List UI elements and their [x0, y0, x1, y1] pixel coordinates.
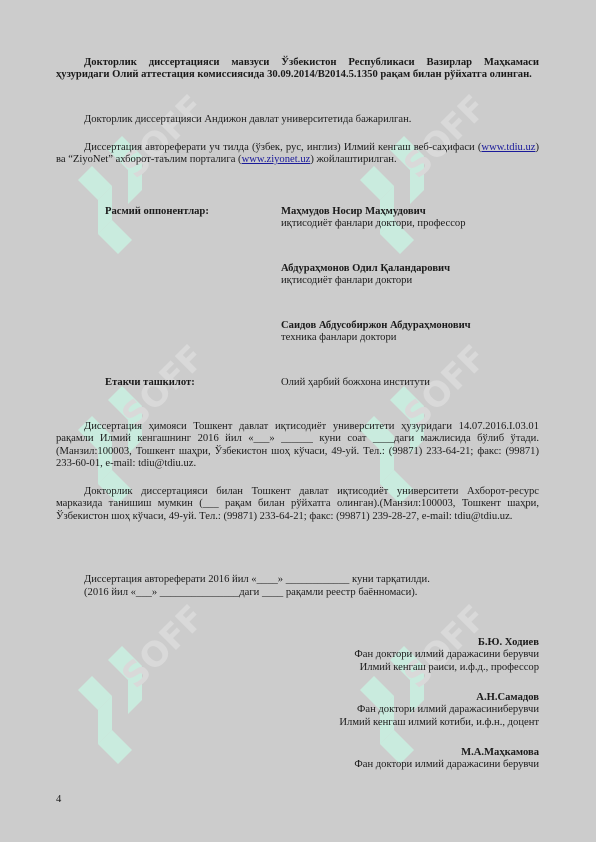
abstract-posted-text: ) жойлаштирилган.: [310, 154, 396, 165]
page-number: 4: [56, 794, 61, 806]
opponent-title: иқтисодиёт фанлари доктори, профессор: [281, 218, 466, 230]
abstract-posted-text: Диссертация автореферати уч тилда (ўзбек…: [84, 142, 481, 153]
opponent-entry: Абдураҳмонов Одил Қаландарович иқтисодиё…: [281, 263, 450, 288]
opponent-entry: Саидов Абдусобиржон Абдураҳмонович техни…: [281, 320, 471, 345]
signature-block: А.Н.Самадов Фан доктори илмий даражасини…: [219, 692, 539, 729]
signature-block: М.А.Маҳкамова Фан доктори илмий даражаси…: [219, 747, 539, 772]
leading-org-label: Етакчи ташкилот:: [105, 377, 195, 389]
opponent-name: Маҳмудов Носир Маҳмудович: [281, 206, 466, 218]
performed-at: Докторлик диссертацияси Андижон давлат у…: [56, 114, 539, 126]
opponent-title: техника фанлари доктори: [281, 332, 471, 344]
opponent-name: Саидов Абдусобиржон Абдураҳмонович: [281, 320, 471, 332]
distribution-line-1: Диссертация автореферати 2016 йил «____»…: [84, 574, 430, 586]
opponent-entry: Маҳмудов Носир Маҳмудович иқтисодиёт фан…: [281, 206, 466, 231]
signatory-role: Илмий кенгаш илмий котиби, и.ф.н., доцен…: [219, 717, 539, 729]
opponent-title: иқтисодиёт фанлари доктори: [281, 275, 450, 287]
defense-paragraph: Диссертация ҳимояси Тошкент давлат иқтис…: [56, 421, 539, 470]
signature-block: Б.Ю. Ходиев Фан доктори илмий даражасини…: [219, 637, 539, 674]
signatory-role: Фан доктори илмий даражасини берувчи: [219, 649, 539, 661]
leading-org-value: Олий ҳарбий божхона институти: [281, 377, 430, 389]
registration-statement: Докторлик диссертацияси мавзуси Ўзбекист…: [56, 57, 539, 82]
document-page: Докторлик диссертацияси мавзуси Ўзбекист…: [0, 0, 596, 842]
tdiu-link[interactable]: www.tdiu.uz: [481, 142, 535, 153]
opponent-name: Абдураҳмонов Одил Қаландарович: [281, 263, 450, 275]
signatory-role: Илмий кенгаш раиси, и.ф.д., профессор: [219, 662, 539, 674]
abstract-posted: Диссертация автореферати уч тилда (ўзбек…: [56, 142, 539, 167]
ziyonet-link[interactable]: www.ziyonet.uz: [242, 154, 311, 165]
signatory-name: А.Н.Самадов: [219, 692, 539, 704]
distribution-line-2: (2016 йил «___» _______________даги ____…: [84, 587, 417, 599]
library-paragraph: Докторлик диссертацияси билан Тошкент да…: [56, 486, 539, 523]
signatory-name: М.А.Маҳкамова: [219, 747, 539, 759]
signatory-name: Б.Ю. Ходиев: [219, 637, 539, 649]
opponents-label: Расмий оппонентлар:: [105, 206, 209, 218]
signatory-role: Фан доктори илмий даражасини берувчи: [219, 759, 539, 771]
signatory-role: Фан доктори илмий даражасиниберувчи: [219, 704, 539, 716]
